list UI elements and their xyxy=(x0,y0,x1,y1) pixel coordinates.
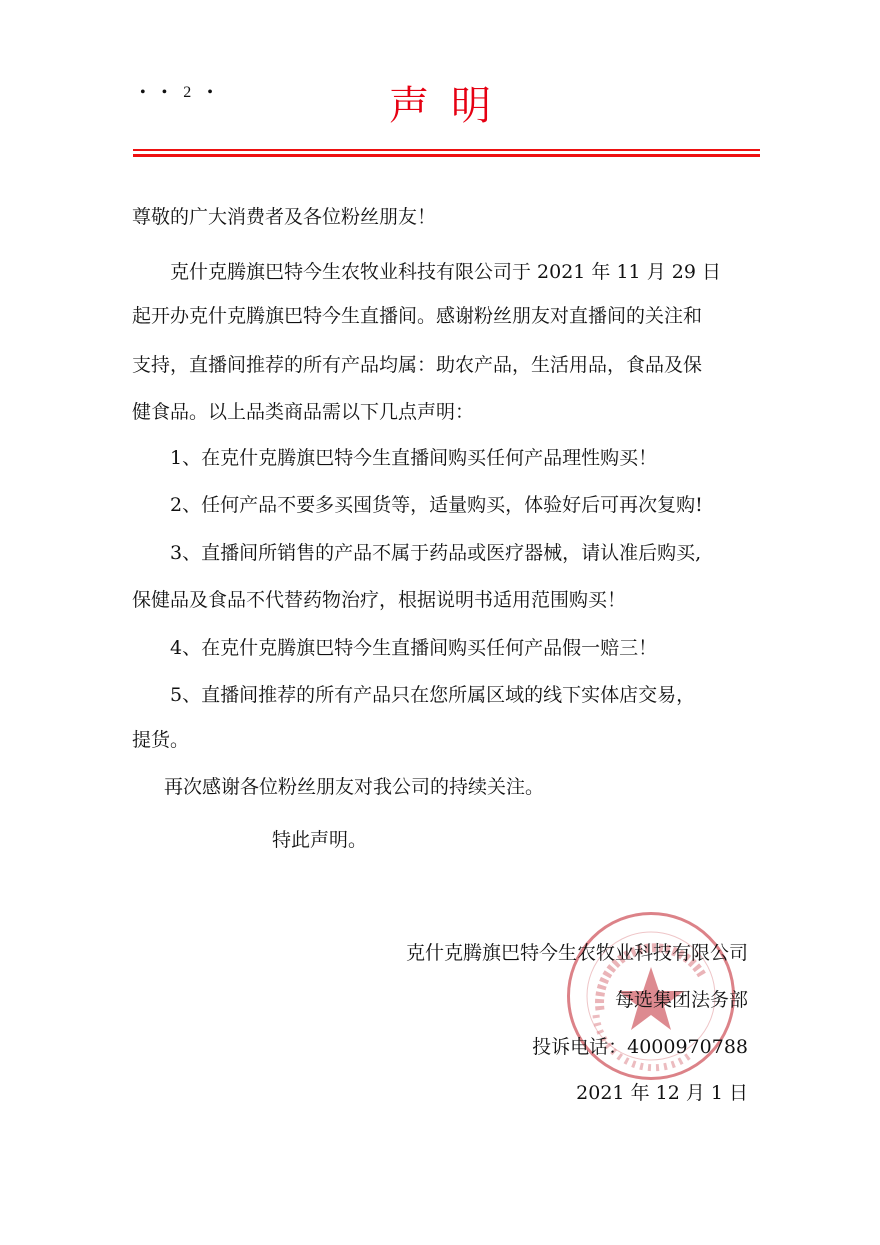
document-page: • • 2 • 声明 尊敬的广大消费者及各位粉丝朋友！ 克什克腾旗巴特今生农牧业… xyxy=(0,0,880,1245)
signature-company: 克什克腾旗巴特今生农牧业科技有限公司 xyxy=(406,938,748,965)
point-2: 2、任何产品不要多买囤货等，适量购买，体验好后可再次复购! xyxy=(170,490,703,517)
intro-line-4: 健食品。以上品类商品需以下几点声明： xyxy=(132,397,474,424)
thanks-line: 再次感谢各位粉丝朋友对我公司的持续关注。 xyxy=(164,772,544,799)
intro-line-2: 起开办克什克腾旗巴特今生直播间。感谢粉丝朋友对直播间的关注和 xyxy=(132,301,702,328)
intro-line-1: 克什克腾旗巴特今生农牧业科技有限公司于 2021 年 11 月 29 日 xyxy=(170,257,721,284)
point-4: 4、在克什克腾旗巴特今生直播间购买任何产品假一赔三！ xyxy=(170,633,657,660)
point-5-line-1: 5、直播间推荐的所有产品只在您所属区域的线下实体店交易， xyxy=(170,680,695,707)
point-1: 1、在克什克腾旗巴特今生直播间购买任何产品理性购买！ xyxy=(170,443,657,470)
header-rule-thin xyxy=(133,149,760,151)
header-rule-thick xyxy=(133,154,760,157)
signature-date: 2021 年 12 月 1 日 xyxy=(576,1078,748,1105)
intro-line-3: 支持，直播间推荐的所有产品均属：助农产品，生活用品，食品及保 xyxy=(132,350,702,377)
salutation: 尊敬的广大消费者及各位粉丝朋友！ xyxy=(132,202,436,229)
signature-department: 每选集团法务部 xyxy=(615,985,748,1012)
point-3-line-2: 保健品及食品不代替药物治疗，根据说明书适用范围购买！ xyxy=(132,585,626,612)
complaint-phone-line: 投诉电话：4000970788 xyxy=(532,1032,748,1059)
complaint-phone: 4000970788 xyxy=(627,1036,748,1058)
point-3-line-1: 3、直播间所销售的产品不属于药品或医疗器械，请认准后购买, xyxy=(170,538,701,565)
point-5-line-2: 提货。 xyxy=(132,725,189,752)
complaint-label: 投诉电话： xyxy=(532,1036,627,1058)
document-title: 声明 xyxy=(0,82,880,130)
closing-line: 特此声明。 xyxy=(272,825,367,852)
